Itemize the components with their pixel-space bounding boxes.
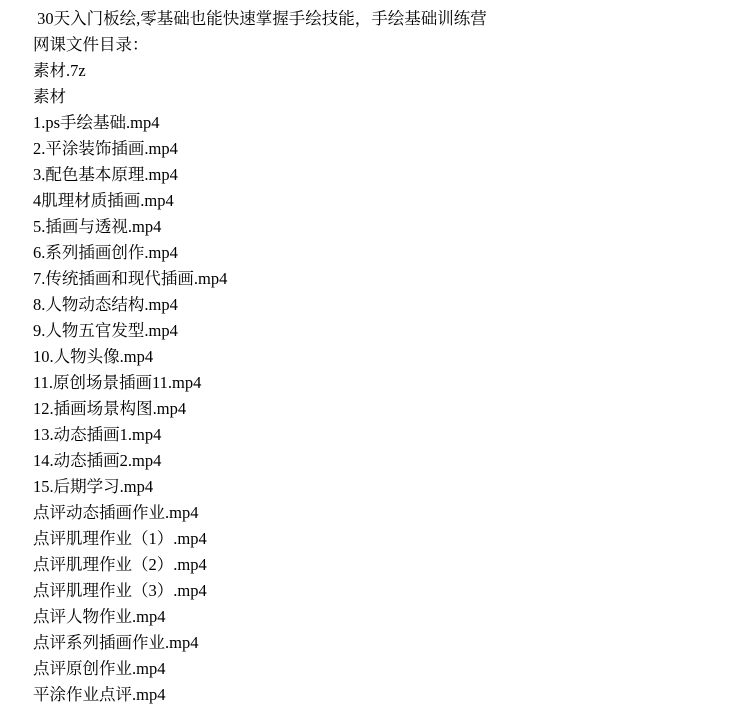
text-line: 14.动态插画2.mp4	[33, 448, 740, 474]
text-line: 3.配色基本原理.mp4	[33, 162, 740, 188]
text-line: 6.系列插画创作.mp4	[33, 240, 740, 266]
text-line: 1.ps手绘基础.mp4	[33, 110, 740, 136]
text-line: 素材.7z	[33, 58, 740, 84]
text-line: 13.动态插画1.mp4	[33, 422, 740, 448]
document-title-line: 30天入门板绘,零基础也能快速掌握手绘技能，手绘基础训练营	[33, 6, 740, 32]
text-line: 10.人物头像.mp4	[33, 344, 740, 370]
text-line: 平涂作业点评.mp4	[33, 682, 740, 708]
text-line: 点评动态插画作业.mp4	[33, 500, 740, 526]
text-line: 网课文件目录：	[33, 32, 740, 58]
document-page: 30天入门板绘,零基础也能快速掌握手绘技能，手绘基础训练营网课文件目录：素材.7…	[0, 0, 750, 718]
text-line: 点评人物作业.mp4	[33, 604, 740, 630]
text-line: 11.原创场景插画11.mp4	[33, 370, 740, 396]
text-line: 8.人物动态结构.mp4	[33, 292, 740, 318]
text-line: 4肌理材质插画.mp4	[33, 188, 740, 214]
text-line: 点评肌理作业（3）.mp4	[33, 578, 740, 604]
text-line: 5.插画与透视.mp4	[33, 214, 740, 240]
text-line: 点评原创作业.mp4	[33, 656, 740, 682]
file-list: 30天入门板绘,零基础也能快速掌握手绘技能，手绘基础训练营网课文件目录：素材.7…	[33, 6, 740, 708]
text-line: 点评肌理作业（2）.mp4	[33, 552, 740, 578]
text-line: 9.人物五官发型.mp4	[33, 318, 740, 344]
text-line: 15.后期学习.mp4	[33, 474, 740, 500]
text-line: 点评肌理作业（1）.mp4	[33, 526, 740, 552]
text-line: 点评系列插画作业.mp4	[33, 630, 740, 656]
text-line: 12.插画场景构图.mp4	[33, 396, 740, 422]
text-line: 素材	[33, 84, 740, 110]
text-line: 2.平涂装饰插画.mp4	[33, 136, 740, 162]
text-line: 7.传统插画和现代插画.mp4	[33, 266, 740, 292]
